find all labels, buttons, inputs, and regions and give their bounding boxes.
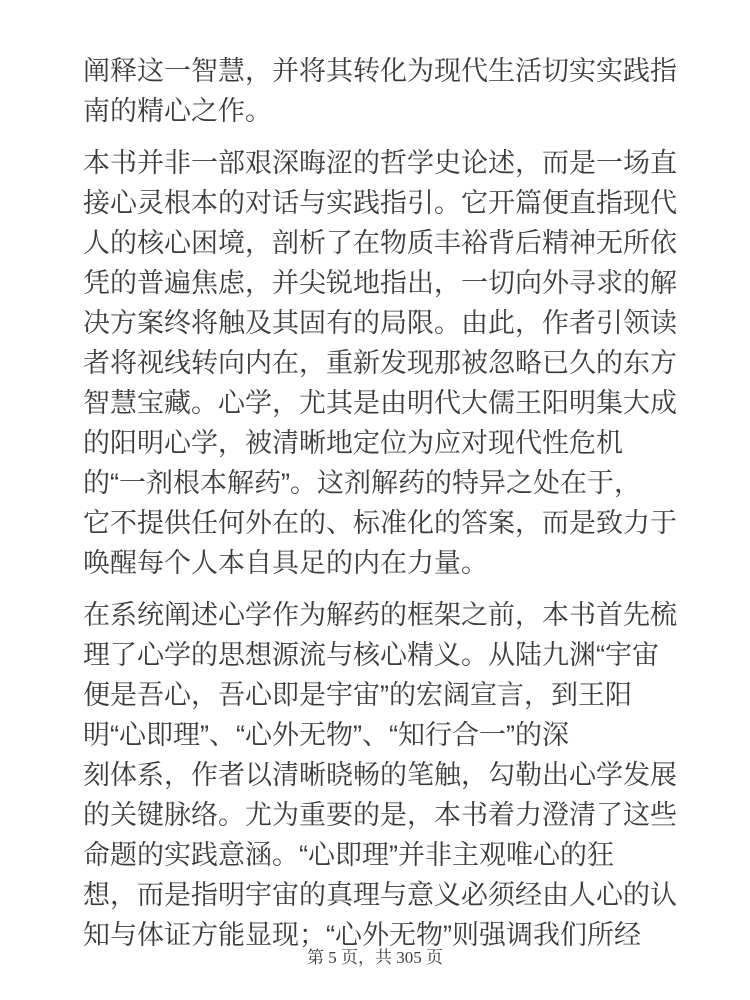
text-line: 者将视线转向内在，重新发现那被忽略已久的东方 (83, 343, 683, 383)
document-body: 阐释这一智慧，并将其转化为现代生活切实实践指南的精心之作。本书并非一部艰深晦涩的… (83, 51, 683, 967)
text-line: 决方案终将触及其固有的局限。由此，作者引领读 (83, 303, 683, 343)
text-line: 想，而是指明宇宙的真理与意义必须经由人心的认 (83, 875, 683, 915)
text-line: 接心灵根本的对话与实践指引。它开篇便直指现代 (83, 183, 683, 223)
document-page: 阐释这一智慧，并将其转化为现代生活切实实践指南的精心之作。本书并非一部艰深晦涩的… (0, 0, 750, 1000)
text-line: 明“心即理”、“心外无物”、“知行合一”的深 (83, 715, 683, 755)
page-footer: 第 5 页，共 305 页 (0, 948, 750, 968)
text-line: 的“一剂根本解药”。这剂解药的特异之处在于， (83, 463, 683, 503)
text-line: 凭的普遍焦虑，并尖锐地指出，一切向外寻求的解 (83, 263, 683, 303)
text-line: 的阳明心学，被清晰地定位为应对现代性危机 (83, 423, 683, 463)
text-line: 理了心学的思想源流与核心精义。从陆九渊“宇宙 (83, 635, 683, 675)
text-line: 智慧宝藏。心学，尤其是由明代大儒王阳明集大成 (83, 383, 683, 423)
text-line: 命题的实践意涵。“心即理”并非主观唯心的狂 (83, 835, 683, 875)
text-line: 唤醒每个人本自具足的内在力量。 (83, 543, 683, 583)
paragraph: 阐释这一智慧，并将其转化为现代生活切实实践指南的精心之作。 (83, 51, 683, 131)
text-line: 人的核心困境，剖析了在物质丰裕背后精神无所依 (83, 223, 683, 263)
text-line: 刻体系，作者以清晰晓畅的笔触，勾勒出心学发展 (83, 755, 683, 795)
paragraph: 本书并非一部艰深晦涩的哲学史论述，而是一场直接心灵根本的对话与实践指引。它开篇便… (83, 143, 683, 583)
text-line: 便是吾心，吾心即是宇宙”的宏阔宣言，到王阳 (83, 675, 683, 715)
page-number-text: 第 5 页，共 305 页 (307, 948, 443, 967)
text-line: 的关键脉络。尤为重要的是，本书着力澄清了这些 (83, 795, 683, 835)
text-line: 它不提供任何外在的、标准化的答案，而是致力于 (83, 503, 683, 543)
text-line: 在系统阐述心学作为解药的框架之前，本书首先梳 (83, 595, 683, 635)
paragraph: 在系统阐述心学作为解药的框架之前，本书首先梳理了心学的思想源流与核心精义。从陆九… (83, 595, 683, 955)
text-line: 阐释这一智慧，并将其转化为现代生活切实实践指 (83, 51, 683, 91)
text-line: 南的精心之作。 (83, 91, 683, 131)
text-line: 本书并非一部艰深晦涩的哲学史论述，而是一场直 (83, 143, 683, 183)
